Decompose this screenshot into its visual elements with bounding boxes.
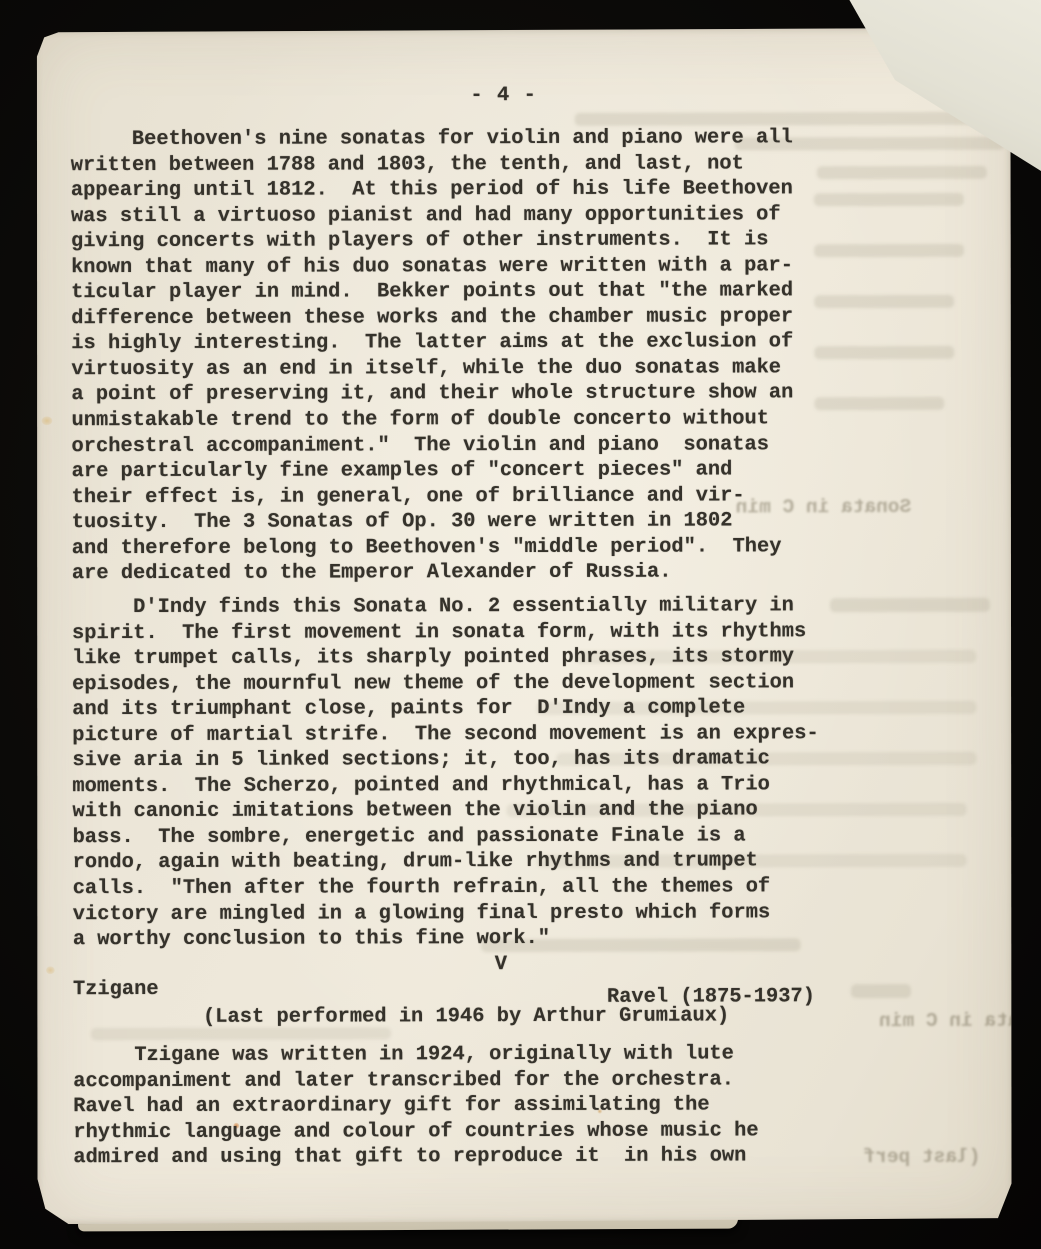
text-line: victory are mingled in a glowing final p… (73, 900, 843, 928)
paper-stain (46, 966, 55, 974)
text-line: appearing until 1812. At this period of … (71, 176, 841, 204)
text-line: ticular player in mind. Bekker points ou… (71, 278, 841, 306)
text-line: are dedicated to the Emperor Alexander o… (72, 559, 842, 587)
last-performed-note: (Last performed in 1946 by Arthur Grumia… (203, 1004, 729, 1028)
work-title: Tzigane (73, 978, 159, 1001)
paragraph-beethoven: Beethoven's nine sonatas for violin and … (71, 125, 842, 587)
paper-stain (41, 416, 52, 425)
bleed-through-smudge (91, 1027, 391, 1040)
text-line: tuosity. The 3 Sonatas of Op. 30 were wr… (72, 508, 842, 536)
text-line: Ravel had an extraordinary gift for assi… (73, 1092, 843, 1120)
bleed-through-text: (last perf (863, 1146, 980, 1168)
text-line: bass. The sombre, energetic and passiona… (73, 823, 843, 851)
text-line: known that many of his duo sonatas were … (71, 253, 841, 281)
text-line: accompaniment and later transcribed for … (73, 1067, 843, 1095)
bleed-through-smudge (575, 112, 995, 126)
text-line: was still a virtuoso pianist and had man… (71, 202, 841, 230)
text-line: Beethoven's nine sonatas for violin and … (71, 125, 841, 153)
text-line: and its triumphant close, paints for D'I… (72, 695, 842, 723)
text-line: sive aria in 5 linked sections; it, too,… (72, 746, 842, 774)
text-line: their effect is, in general, one of bril… (72, 483, 842, 511)
text-line: spirit. The first movement in sonata for… (72, 619, 842, 647)
text-line: episodes, the mournful new theme of the … (72, 670, 842, 698)
text-line: orchestral accompaniment." The violin an… (71, 432, 841, 460)
text-line: calls. "Then after the fourth refrain, a… (73, 874, 843, 902)
text-line: rhythmic language and colour of countrie… (73, 1118, 843, 1146)
paragraph-dindy: D'Indy finds this Sonata No. 2 essential… (72, 593, 843, 953)
text-line: admired and using that gift to reproduce… (73, 1143, 843, 1171)
bleed-through-smudge (851, 984, 911, 998)
section-numeral: V (106, 952, 896, 977)
text-line: virtuosity as an end in itself, while th… (71, 355, 841, 383)
paragraph-tzigane: Tzigane was written in 1924, originally … (73, 1041, 843, 1171)
bleed-through-text: Sonata in C min (879, 1010, 1041, 1032)
text-line: picture of martial strife. The second mo… (72, 721, 842, 749)
text-line: is highly interesting. The latter aims a… (71, 330, 841, 358)
work-heading-row: Tzigane Ravel (1875-1937) (73, 976, 815, 1001)
bleed-through-smudge (817, 166, 987, 179)
document-page: - 3 - Sonata in C min Sonata in C min (l… (34, 28, 1013, 1225)
text-line: a point of preserving it, and their whol… (71, 381, 841, 409)
text-line: giving concerts with players of other in… (71, 227, 841, 255)
text-line: difference between these works and the c… (71, 304, 841, 332)
text-line: and therefore belong to Beethoven's "mid… (72, 534, 842, 562)
text-line: unmistakable trend to the form of double… (71, 406, 841, 434)
text-line: moments. The Scherzo, pointed and rhythm… (72, 772, 842, 800)
text-line: with canonic imitations between the viol… (72, 798, 842, 826)
text-line: rondo, again with beating, drum-like rhy… (73, 849, 843, 877)
text-line: are particularly fine examples of "conce… (72, 457, 842, 485)
scan-background: - 3 - Sonata in C min Sonata in C min (l… (0, 0, 1041, 1249)
text-line: written between 1788 and 1803, the tenth… (71, 151, 841, 179)
bleed-through-smudge (830, 598, 990, 612)
page-number: - 4 - (104, 83, 904, 108)
text-line: Tzigane was written in 1924, originally … (73, 1041, 843, 1069)
text-line: like trumpet calls, its sharply pointed … (72, 644, 842, 672)
text-line: D'Indy finds this Sonata No. 2 essential… (72, 593, 842, 621)
text-line: a worthy conclusion to this fine work." (73, 925, 843, 953)
